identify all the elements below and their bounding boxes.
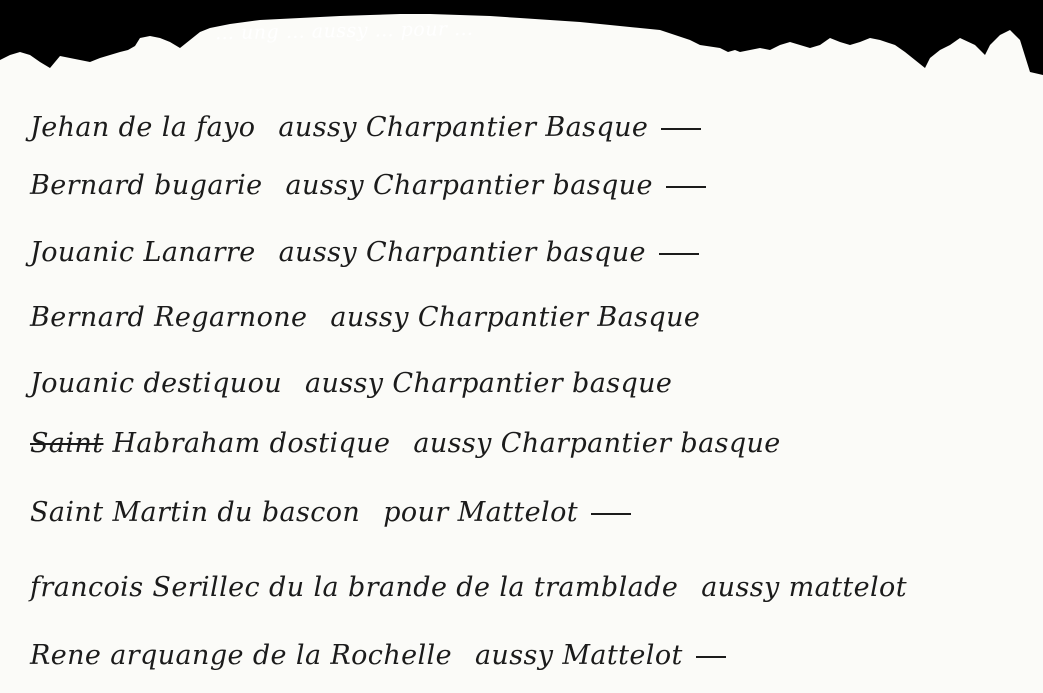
entry-role: aussy Mattelot bbox=[475, 640, 683, 671]
entry-name: Jehan de la fayo bbox=[30, 112, 255, 143]
entry-name: Saint Martin du bascon bbox=[30, 497, 360, 528]
entry-role: aussy Charpantier basque bbox=[413, 428, 780, 459]
list-entry-3: Jouanic Lanarre aussy Charpantier basque bbox=[30, 237, 699, 268]
entry-role: aussy Charpantier Basque bbox=[330, 302, 700, 333]
entry-name: francois Serillec du la brande de la tra… bbox=[30, 572, 678, 603]
manuscript-page: … ung … aussy … pour … Jehan de la fayo … bbox=[0, 0, 1043, 693]
list-entry-4: Bernard Regarnone aussy Charpantier Basq… bbox=[30, 302, 700, 333]
entry-name: Habraham dostique bbox=[112, 428, 390, 459]
struck-word: Saint bbox=[30, 428, 103, 459]
list-entry-8: francois Serillec du la brande de la tra… bbox=[30, 572, 907, 603]
entry-role: pour Mattelot bbox=[383, 497, 578, 528]
line-filler bbox=[661, 128, 701, 130]
list-entry-5: Jouanic destiquou aussy Charpantier basq… bbox=[30, 368, 672, 399]
entry-role: aussy Charpantier basque bbox=[286, 170, 653, 201]
list-entry-2: Bernard bugarie aussy Charpantier basque bbox=[30, 170, 706, 201]
list-entry-6: Saint Habraham dostique aussy Charpantie… bbox=[30, 428, 781, 459]
entry-list: Jehan de la fayo aussy Charpantier Basqu… bbox=[0, 0, 1043, 693]
entry-name: Jouanic destiquou bbox=[30, 368, 282, 399]
line-filler bbox=[666, 186, 706, 188]
entry-name: Jouanic Lanarre bbox=[30, 237, 256, 268]
entry-role: aussy Charpantier basque bbox=[305, 368, 672, 399]
entry-role: aussy Charpantier basque bbox=[279, 237, 646, 268]
line-filler bbox=[659, 253, 699, 255]
list-entry-7: Saint Martin du bascon pour Mattelot bbox=[30, 497, 631, 528]
line-filler bbox=[591, 513, 631, 515]
entry-name: Bernard Regarnone bbox=[30, 302, 307, 333]
entry-role: aussy Charpantier Basque bbox=[278, 112, 648, 143]
list-entry-9: Rene arquange de la Rochelle aussy Matte… bbox=[30, 640, 726, 671]
entry-name: Bernard bugarie bbox=[30, 170, 263, 201]
list-entry-1: Jehan de la fayo aussy Charpantier Basqu… bbox=[30, 112, 701, 143]
entry-name: Rene arquange de la Rochelle bbox=[30, 640, 452, 671]
entry-role: aussy mattelot bbox=[701, 572, 907, 603]
line-filler bbox=[696, 656, 726, 658]
